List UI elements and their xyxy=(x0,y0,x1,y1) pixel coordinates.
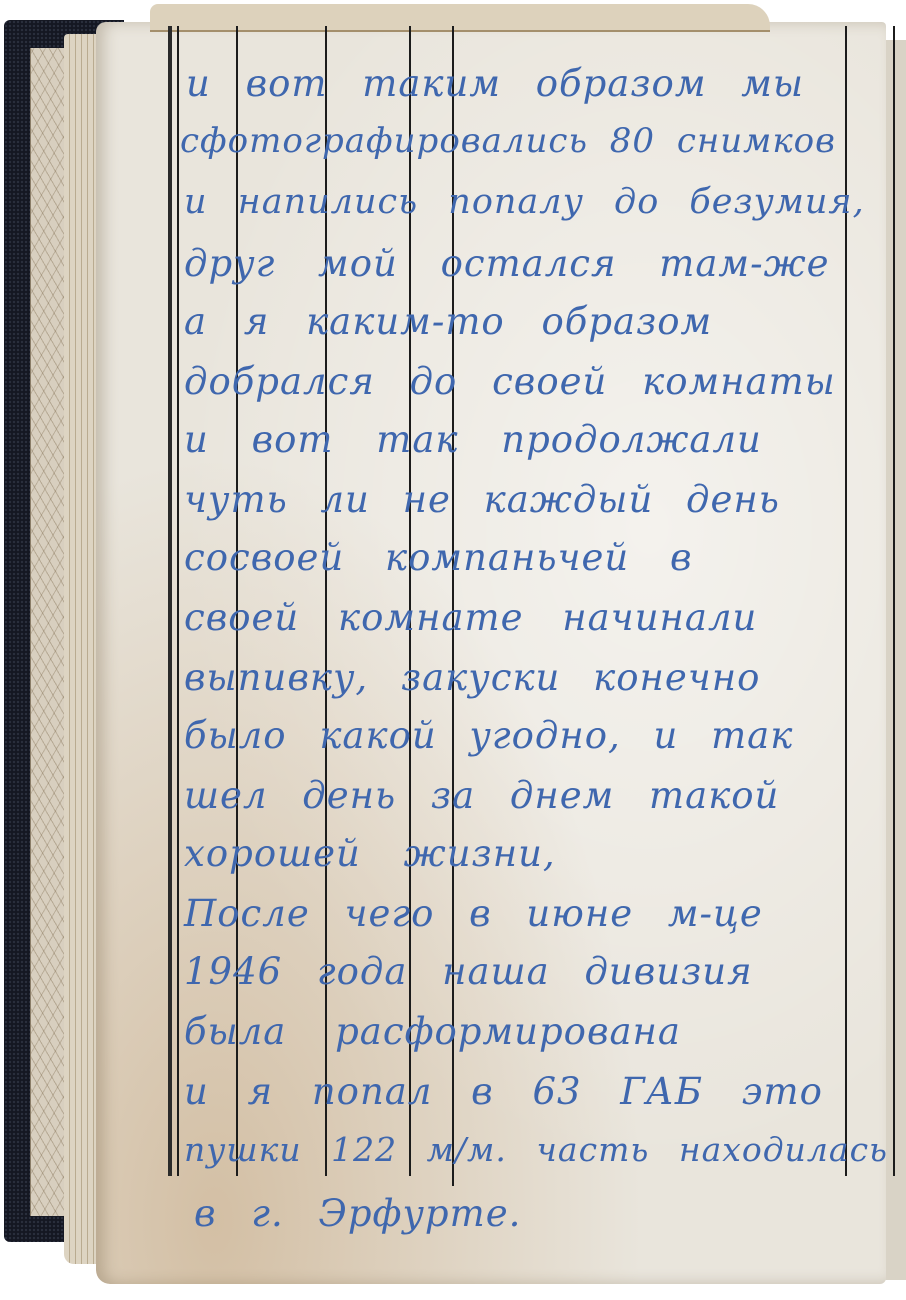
handwritten-line: была расформирована xyxy=(184,1010,681,1053)
handwritten-line: хорошей жизни, xyxy=(184,832,556,875)
notebook-photo: и вот таким образом мы сфотографировалис… xyxy=(0,0,906,1300)
handwritten-line: сосвоей компаньчей в xyxy=(184,536,693,579)
handwritten-line: пушки 122 м/м. часть находилась xyxy=(184,1130,888,1169)
handwritten-line: и я попал в 63 ГАБ это xyxy=(184,1070,823,1113)
handwritten-line: чуть ли не каждый день xyxy=(184,478,780,521)
handwritten-line: добрался до своей комнаты xyxy=(184,360,836,403)
handwritten-line: сфотографировались 80 снимков xyxy=(180,121,836,161)
handwritten-text: и вот таким образом мы сфотографировалис… xyxy=(0,0,906,1300)
handwritten-line: После чего в июне м-це xyxy=(184,892,763,935)
handwritten-line: своей комнате начинали xyxy=(184,596,757,639)
handwritten-line: 1946 года наша дивизия xyxy=(184,950,753,993)
handwritten-line: шел день за днем такой xyxy=(184,774,779,817)
handwritten-line: а я каким-то образом xyxy=(184,300,712,343)
handwritten-line: и вот таким образом мы xyxy=(186,62,804,105)
handwritten-line: и напились попалу до безумия, xyxy=(184,182,865,222)
handwritten-line: выпивку, закуски конечно xyxy=(184,656,760,699)
handwritten-line: в г. Эрфурте. xyxy=(194,1192,521,1235)
handwritten-line: было какой угодно, и так xyxy=(184,714,793,757)
handwritten-line: друг мой остался там-же xyxy=(184,242,830,285)
handwritten-line: и вот так продолжали xyxy=(184,418,762,461)
